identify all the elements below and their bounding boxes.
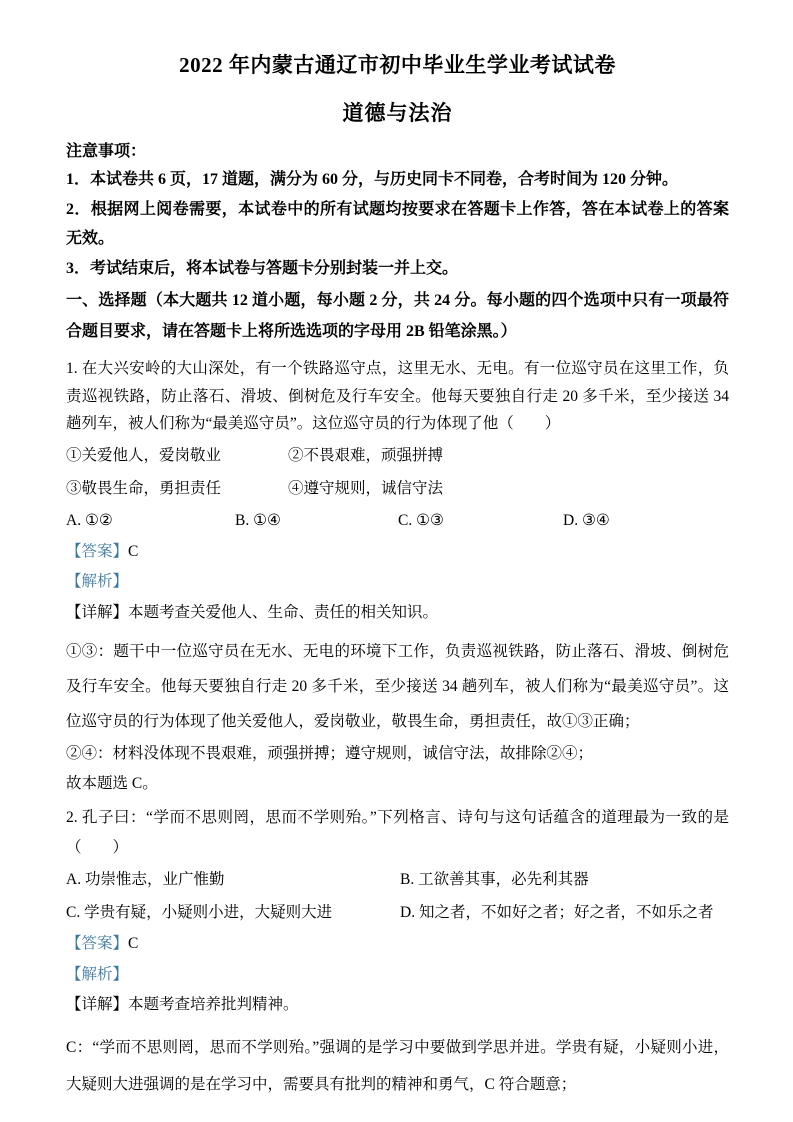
exam-title: 2022 年内蒙古通辽市初中毕业生学业考试试卷 [66,52,729,79]
question-1-answer-value: C [128,543,138,560]
question-2-choices-row-2: C. 学贵有疑，小疑则小进，大疑则大进 D. 知之者，不如好之者；好之者，不如乐… [66,897,729,929]
question-2-answer-line: 【答案】C [66,929,729,960]
answer-label: 【答案】 [66,543,128,560]
question-1-analysis-line: 【解析】 [66,567,729,598]
question-1-choice-a: A. ①② [66,504,235,537]
question-1-option-4: ④遵守规则，诚信守法 [288,474,729,504]
question-1-choice-d: D. ③④ [563,504,729,537]
analysis-label: 【解析】 [66,966,128,983]
question-2-choice-a: A. 功崇惟志，业广惟勤 [66,864,400,896]
notice-item-3: 3．考试结束后，将本试卷与答题卡分别封装一并上交。 [66,254,729,284]
question-1-answer-line: 【答案】C [66,537,729,568]
analysis-label: 【解析】 [66,573,128,590]
question-1-option-1: ①关爱他人，爱岗敬业 [66,441,288,471]
section-heading-multiple-choice: 一、选择题（本大题共 12 道小题，每小题 2 分，共 24 分。每小题的四个选… [66,285,729,347]
question-1-option-3: ③敬畏生命，勇担责任 [66,474,288,504]
question-2-stem: 2. 孔子曰：“学而不思则罔，思而不学则殆。”下列格言、诗句与这句话蕴含的道理最… [66,803,729,863]
question-2-explanation: C：“学而不思则罔，思而不学则殆。”强调的是学习中要做到学思并进。学贵有疑，小疑… [66,1029,729,1103]
question-1-choices: A. ①② B. ①④ C. ①③ D. ③④ [66,504,729,537]
question-2-choice-d: D. 知之者，不如好之者；好之者，不如乐之者 [400,897,729,929]
question-2-analysis-line: 【解析】 [66,960,729,991]
question-2-choice-c: C. 学贵有疑，小疑则小进，大疑则大进 [66,897,400,929]
notice-item-2: 2．根据网上阅卷需要，本试卷中的所有试题均按要求在答题卡上作答，答在本试卷上的答… [66,195,729,254]
question-2-detail: 【详解】本题考查培养批判精神。 [66,990,729,1021]
question-1-choice-c: C. ①③ [398,504,563,537]
question-1-stem: 1. 在大兴安岭的大山深处，有一个铁路巡守点，这里无水、无电。有一位巡守员在这里… [66,355,729,438]
question-1-conclusion: 故本题选 C。 [66,769,729,799]
question-2-choice-b: B. 工欲善其事，必先利其器 [400,864,729,896]
answer-label: 【答案】 [66,935,128,952]
exam-paper-page: 2022 年内蒙古通辽市初中毕业生学业考试试卷 道德与法治 注意事项： 1．本试… [0,0,793,1122]
question-1-explanation-2: ②④：材料没体现不畏艰难，顽强拼搏；遵守规则，诚信守法，故排除②④； [66,739,729,769]
question-1-choice-b: B. ①④ [235,504,398,537]
notice-heading: 注意事项： [66,139,729,165]
notice-item-1: 1．本试卷共 6 页，17 道题，满分为 60 分，与历史同卡不同卷，合考时间为… [66,165,729,195]
question-1-explanation-1: ①③：题干中一位巡守员在无水、无电的环境下工作，负责巡视铁路，防止落石、滑坡、倒… [66,634,729,739]
question-1-option-2: ②不畏艰难，顽强拼搏 [288,441,729,471]
question-2-answer-value: C [128,935,138,952]
question-1-options-row-2: ③敬畏生命，勇担责任 ④遵守规则，诚信守法 [66,474,729,504]
question-1-detail: 【详解】本题考查关爱他人、生命、责任的相关知识。 [66,598,729,629]
question-1-options-row-1: ①关爱他人，爱岗敬业 ②不畏艰难，顽强拼搏 [66,441,729,471]
question-2-choices-row-1: A. 功崇惟志，业广惟勤 B. 工欲善其事，必先利其器 [66,864,729,896]
exam-subject-title: 道德与法治 [66,100,729,127]
